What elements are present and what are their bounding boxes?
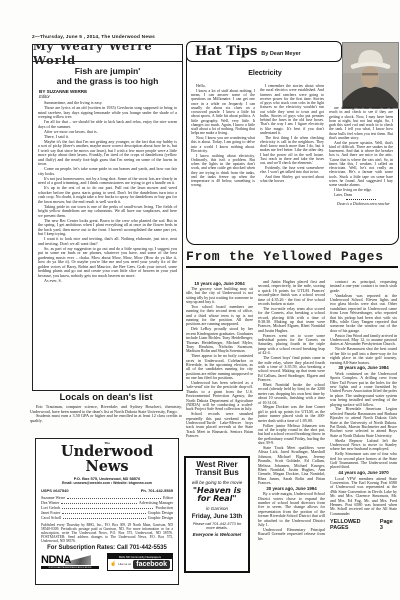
paragraph: I'm all for that – we should be able to …: [38, 120, 177, 129]
paragraph: I remember the stories about when the ru…: [260, 84, 324, 135]
ad-location: in Garrison: [188, 506, 246, 511]
paragraph: Nicole Rasmussen shot the best round of …: [330, 347, 397, 365]
like-us-label: Like us on: [118, 563, 131, 566]
page-folio: 2—Thursday, June 5 , 2014, The Underwood…: [32, 35, 155, 40]
phone-number: Ph. 701-442-5535: [141, 488, 173, 493]
byline: BY SUZANNE WERRE Editor: [39, 89, 176, 99]
dot-leader: [62, 510, 146, 514]
yellowed-col2: and Justin Hughes placed first and secon…: [258, 280, 325, 596]
ndna-logo: NDNA NORTH DAKOTA NEWSPAPER ASSOCIATION: [41, 555, 99, 569]
author-tagline: Dean is a Dickinson area rancher: [329, 202, 393, 206]
ndna-wordmark: NDNA: [41, 555, 99, 566]
ad-movie-title: "Heaven is for Real": [188, 487, 246, 504]
paragraph: Frances went on to score some individual…: [258, 334, 325, 356]
masthead-address: P.O. Box 575, Underwood, ND 58576: [41, 476, 173, 481]
photo-spacer: [329, 84, 393, 106]
publication-info: Published every Thursday by BHG, Inc., P…: [41, 523, 173, 543]
paragraph: I know a lot of stuff about nothing. I m…: [191, 89, 255, 136]
hat-tips-title-box: Hat Tips By Dean Meyer: [186, 41, 342, 62]
staff-list: Suzanne WerreEditor Dea WinterAdvertisin…: [41, 495, 173, 520]
facebook-logo: facebook: [133, 560, 170, 569]
paragraph: Folker junior Melissa Johansen was out o…: [258, 424, 325, 446]
paragraph: Underwood has been selected as a 'safe-s…: [186, 381, 253, 412]
hat-tips-text: Hello,I know a lot of stuff about nothin…: [191, 84, 393, 238]
paragraph: The Comet boys' final points came in the…: [258, 356, 325, 382]
hat-tips-byline: By Dean Meyer: [261, 51, 300, 57]
paragraph: By a wide margin, Underwood School Distr…: [258, 492, 325, 527]
yellowed-pages-title: From the Yellowed Pages: [186, 249, 398, 268]
paragraph: The new Rec Center looks great. Bravo to…: [38, 219, 177, 237]
paragraph: And then Shirley got worried about what …: [260, 175, 324, 184]
headline-line2: and the grass is too high: [57, 76, 159, 86]
paragraph: And the power upstairs. Well, that's kin…: [329, 141, 393, 188]
paragraph: I like living on the edge.: [329, 188, 393, 192]
deans-list-body: Eric Trautman, computer science, Riverda…: [30, 405, 182, 424]
paragraph: Two school board members are running for…: [186, 305, 253, 327]
paragraph: Those are lyrics of an old (written in 1…: [38, 106, 177, 120]
headline-line1: Fish are jumpin': [75, 66, 141, 76]
paragraph: Kelly Simonson was one of four who tied …: [330, 452, 397, 470]
paragraph: There appear to be no hotly contested ra…: [186, 354, 253, 380]
paragraph: It's up to the rest of us to do our part…: [38, 186, 177, 204]
paragraph: Underwood Elementary Principal Russell G…: [258, 528, 325, 541]
ad-phone: Please call 701-442-5773 for more detail…: [188, 522, 246, 531]
paragraph: Now, I know you are wondering what this …: [191, 136, 255, 153]
masthead-title: Underwood News: [41, 445, 173, 474]
yellowed-col3: contract as principal, requesting instea…: [330, 280, 397, 596]
paragraph: The two-mile relay team also scored for …: [258, 307, 325, 333]
thumbs-up-icon: ☝: [110, 562, 116, 567]
paragraph: Hello,: [191, 84, 255, 88]
hat-tips-col1: Hello,I know a lot of stuff about nothin…: [191, 84, 255, 238]
dot-leader: [67, 495, 161, 499]
yellowed-col3-text: contract as principal, requesting instea…: [330, 280, 397, 516]
staff-name: Carol Scholl: [41, 515, 61, 520]
ad-welcome: Everyone is Welcome!: [188, 532, 246, 537]
ad-subline: will be going to the movie: [188, 480, 246, 485]
staff-row: Carol SchollGraphic Design: [41, 515, 173, 520]
column-body: Summertime, and the living is easy.Those…: [38, 101, 177, 383]
paragraph: I know nothing about electricity. Ordina…: [191, 154, 255, 188]
paragraph: The first thing I do when checking elect…: [260, 136, 324, 166]
column-masthead-title: My Weary Werre World: [33, 45, 182, 62]
paragraph: I want it to look nice and inviting, tha…: [38, 237, 177, 246]
paragraph: Megan Dockter was the lone Comet girl to…: [258, 405, 325, 423]
paragraph: and Justin Hughes placed first and secon…: [258, 280, 325, 306]
usps-number: USPS #647540: [41, 488, 69, 493]
dot-leader: [63, 515, 146, 519]
paragraph: Rhett Nontidal broke the school record (…: [258, 383, 325, 405]
logo-row: NDNA NORTH DAKOTA NEWSPAPER ASSOCIATION …: [41, 553, 173, 571]
paragraph: The Riverdale American Legion selected P…: [330, 407, 397, 438]
byline-role: Editor: [39, 94, 176, 99]
hat-tips-col2: I remember the stories about when the ru…: [260, 84, 324, 238]
facebook-badge: BHG ND Community Newspapers ☝ Like us on…: [107, 553, 173, 571]
article-subhead: Electricity: [190, 70, 340, 77]
deans-list-article: Locals on dean's list Eric Trautman, com…: [30, 392, 182, 424]
paragraph: Students must earn a 3.50 GPA or higher …: [30, 414, 182, 423]
separator: [346, 199, 376, 200]
paragraph: School records were smashed repeatedly t…: [186, 412, 253, 438]
paragraph: are drinking. So she wants me to reach i…: [329, 106, 393, 140]
jump-page: Page 3: [380, 520, 397, 532]
paragraph: Sheila Repnow Lafond left the Underwood …: [330, 439, 397, 452]
ad-title-line2: Transit Bus: [195, 468, 239, 477]
jump-line: YELLOWED PAGES Page 3: [330, 520, 397, 532]
ad-title: West River Transit Bus: [188, 461, 246, 478]
hat-tips-col3-text: are drinking. So she wants me to reach i…: [329, 106, 393, 192]
ad-movie-line2: for Real": [197, 494, 236, 503]
dot-leader: [62, 505, 153, 509]
paragraph: contract as principal, requesting instea…: [330, 280, 397, 293]
paragraph: Come on people, let's take some pride in…: [38, 167, 177, 176]
paragraph: State Track Meet qualifiers were Alissa …: [258, 446, 325, 486]
newspaper-page: 2—Thursday, June 5 , 2014, The Underwood…: [0, 0, 400, 600]
paragraph: So, as part of my suggestion to go out a…: [38, 247, 177, 279]
column-headline: Fish are jumpin' and the grass is too hi…: [37, 67, 178, 86]
jump-label: YELLOWED PAGES: [330, 520, 380, 532]
paragraph: Evidently, the fuse went somewhere else.…: [260, 166, 324, 175]
dot-leader: [61, 500, 137, 504]
paragraph: As ever, S.: [38, 279, 177, 284]
hat-tips-title: Hat Tips: [195, 44, 257, 59]
paragraph: Taking pride in our town is one of the p…: [38, 205, 177, 219]
paragraph: Deb LeRoy proudly stood by her recent Ki…: [186, 327, 253, 353]
staff-role: Graphic Design: [148, 515, 173, 520]
subscription-line: For Subscription Rates: Call 701-442-553…: [41, 545, 173, 551]
ad-date: Friday, June 13th: [188, 513, 246, 520]
hat-tips-col3: are drinking. So she wants me to reach i…: [329, 84, 393, 238]
paragraph: Vandalism was reported at the Underwood …: [330, 294, 397, 334]
column-signoff: Later, Dean: [329, 193, 393, 197]
paragraph: Work continued on the Underwood Sports C…: [330, 372, 397, 407]
paragraph: Maybe it's the fact that I'm not getting…: [38, 140, 177, 167]
weary-world-column: My Weary Werre World Fish are jumpin' an…: [32, 44, 183, 391]
paragraph: Local VFW members attend State Conventio…: [330, 477, 397, 517]
paragraph: Pastor Jim Wood and family arrived in Un…: [330, 334, 397, 347]
transit-bus-ad: West River Transit Bus will be going to …: [184, 456, 250, 573]
masthead-contact: Email: unnews@westriv.com • Website: bhg…: [41, 481, 173, 485]
masthead-box: The Underwood News P.O. Box 575, Underwo…: [35, 438, 179, 585]
paragraph: The grocery store building may sit idle,…: [186, 287, 253, 305]
ndna-caption: NORTH DAKOTA NEWSPAPER ASSOCIATION: [41, 566, 99, 569]
deans-list-heading: Locals on dean's list: [30, 392, 182, 403]
